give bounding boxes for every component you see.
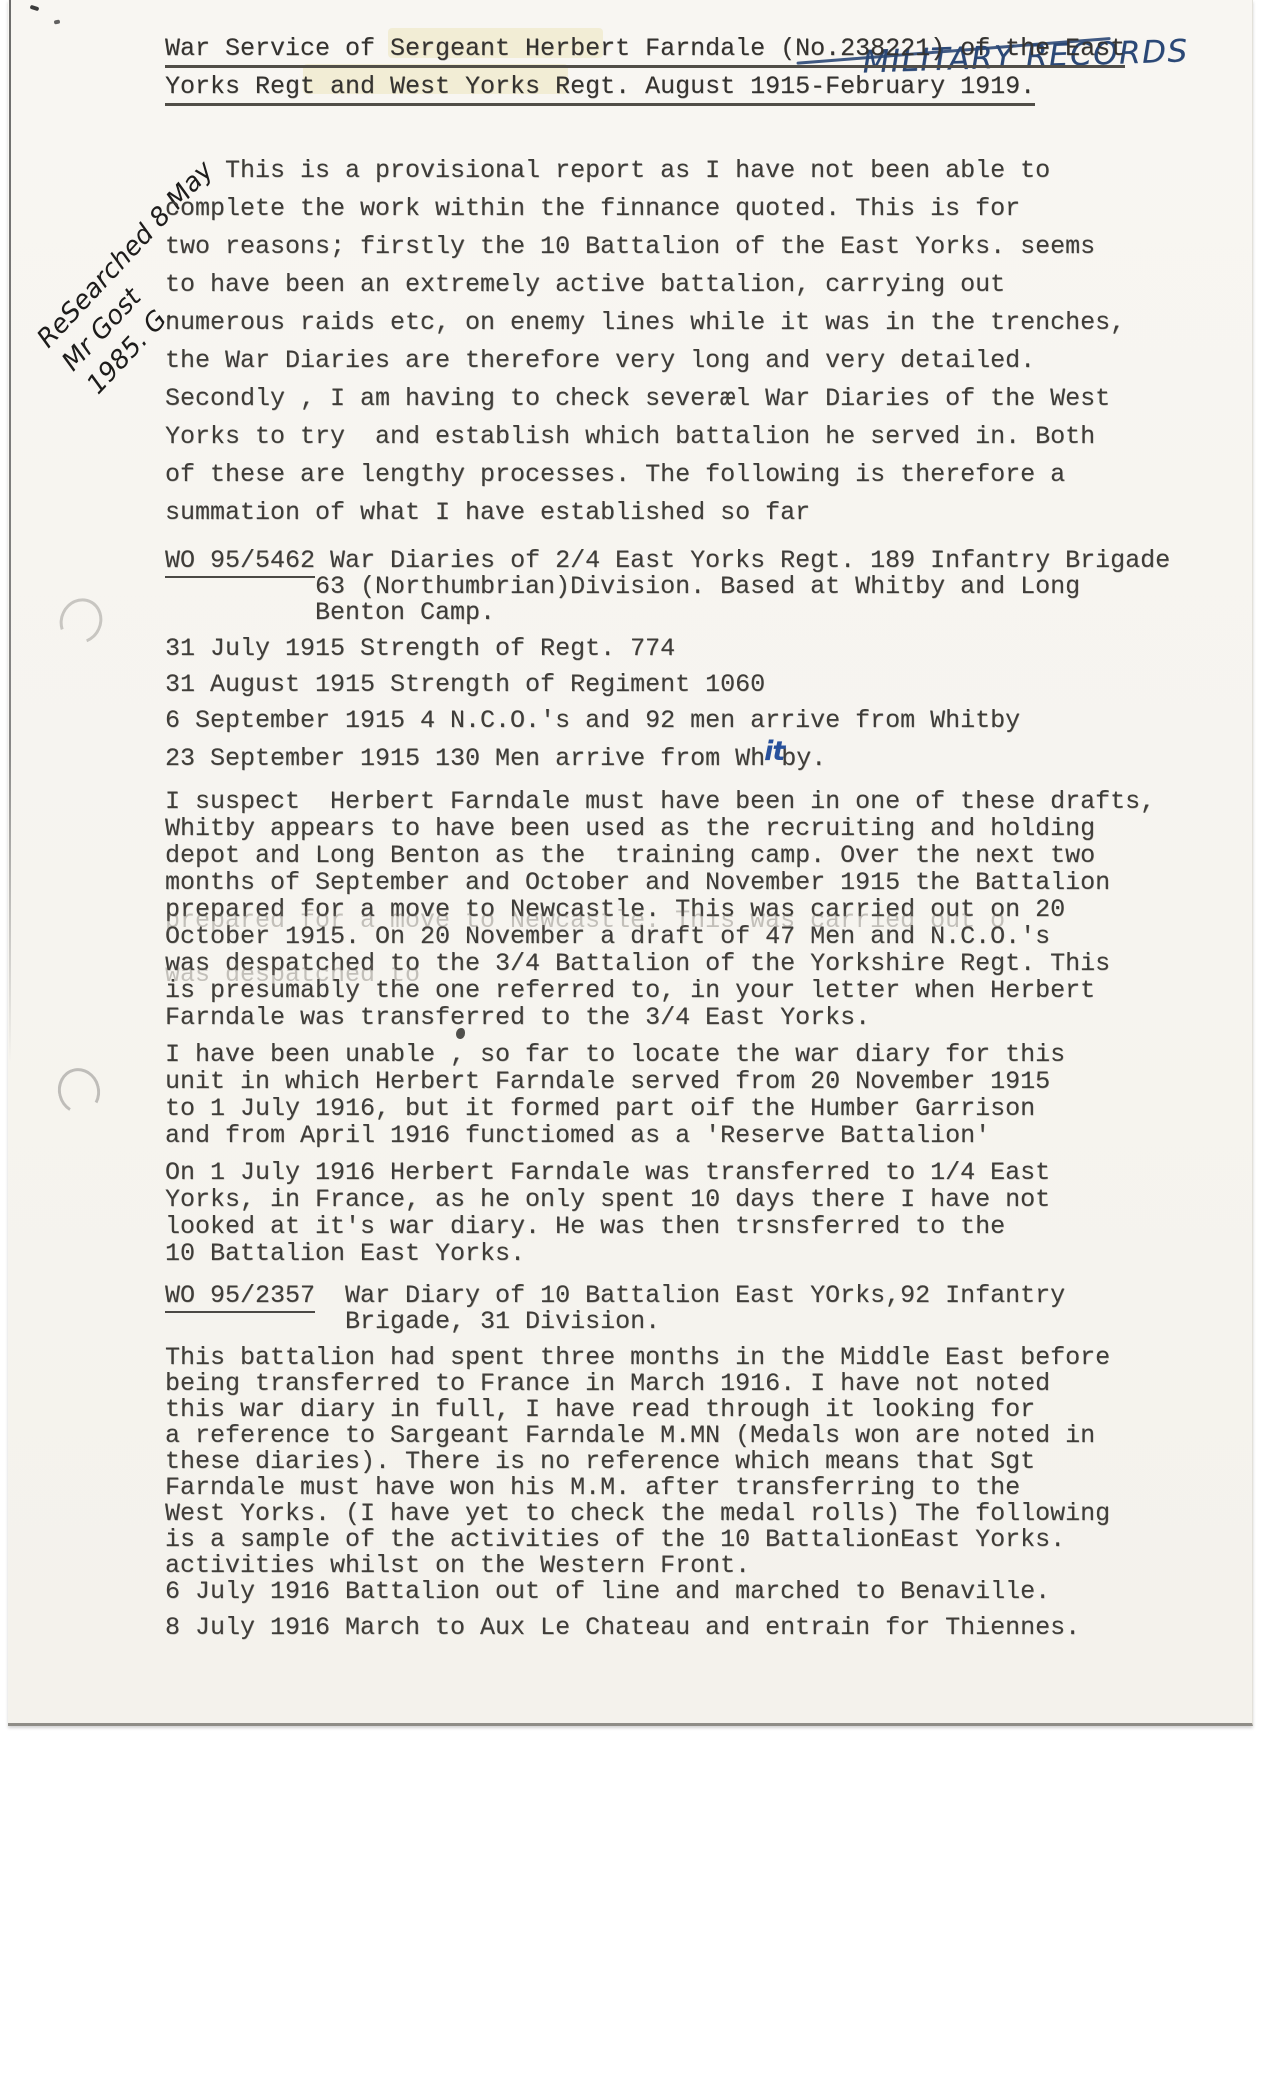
war-office-reference-block: WO 95/5462 War Diaries of 2/4 East Yorks…: [165, 548, 1215, 626]
typed-line: This battalion had spent three months in…: [165, 1345, 1215, 1371]
typed-line: 10 Battalion East Yorks.: [165, 1240, 1215, 1267]
paragraph: On 1 July 1916 Herbert Farndale was tran…: [165, 1159, 1215, 1267]
typed-line: West Yorks. (I have yet to check the med…: [165, 1501, 1215, 1527]
paragraph: I suspect Herbert Farndale must have bee…: [165, 788, 1215, 1031]
typed-text: 23 September 1915 130 Men arrive from Wh: [165, 744, 765, 773]
typed-line: being transferred to France in March 191…: [165, 1371, 1215, 1397]
typed-body: This is a provisional report as I have n…: [165, 152, 1215, 1657]
typed-line: a reference to Sargeant Farndale M.MN (M…: [165, 1423, 1215, 1449]
typed-line: activities whilst on the Western Front.: [165, 1553, 1215, 1579]
scan-speck: [54, 20, 61, 25]
paper-sheet: MILITARY RECORDS ReSearched 8 MayMr Gost…: [8, 0, 1253, 1726]
scan-edge-line: [9, 0, 11, 1062]
typed-line: unit in which Herbert Farndale served fr…: [165, 1068, 1215, 1095]
typed-line: Whitby appears to have been used as the …: [165, 815, 1215, 842]
paragraph: This battalion had spent three months in…: [165, 1345, 1215, 1579]
typed-line: WO 95/2357 War Diary of 10 Battalion Eas…: [165, 1283, 1215, 1309]
typed-line: Farndale was transferred to the 3/4 East…: [165, 1004, 1215, 1031]
typed-line: I have been unable , so far to locate th…: [165, 1041, 1215, 1068]
title-line-1: War Service of Sergeant Herbert Farndale…: [165, 34, 1125, 68]
typed-line: 6 September 1915 4 N.C.O.'s and 92 men a…: [165, 708, 1215, 734]
typed-line: Benton Camp.: [165, 600, 1215, 626]
typed-line: complete the work within the finnance qu…: [165, 190, 1215, 228]
typed-line: two reasons; firstly the 10 Battalion of…: [165, 228, 1215, 266]
title-text: War Service of Sergeant Herbert Farndale…: [165, 35, 1125, 68]
dated-entries: 31 July 1915 Strength of Regt. 77431 Aug…: [165, 636, 1215, 772]
typed-line: depot and Long Benton as the training ca…: [165, 842, 1215, 869]
title-text: Yorks Regt and West Yorks Regt. August 1…: [165, 73, 1035, 106]
typed-line: 8 July 1916 March to Aux Le Chateau and …: [165, 1615, 1215, 1641]
typed-text: War Diary of 10 Battalion East YOrks,92 …: [315, 1281, 1065, 1310]
typed-line: months of September and October and Nove…: [165, 869, 1215, 896]
typed-line: 6 July 1916 Battalion out of line and ma…: [165, 1579, 1215, 1605]
hole-punch-mark: [53, 1063, 105, 1118]
typed-line: to 1 July 1916, but it formed part oif t…: [165, 1095, 1215, 1122]
scan-speck: [30, 5, 40, 12]
typed-line: 23 September 1915 130 Men arrive from Wh…: [165, 744, 1215, 772]
typed-text: by.: [781, 744, 826, 773]
typed-line: Farndale must have won his M.M. after tr…: [165, 1475, 1215, 1501]
typed-line: summation of what I have established so …: [165, 494, 1215, 532]
typed-line: This is a provisional report as I have n…: [165, 152, 1215, 190]
typed-line: is a sample of the activities of the 10 …: [165, 1527, 1215, 1553]
typed-line: these diaries). There is no reference wh…: [165, 1449, 1215, 1475]
typed-line: numerous raids etc, on enemy lines while…: [165, 304, 1215, 342]
typed-line: 31 July 1915 Strength of Regt. 774: [165, 636, 1215, 662]
war-office-reference-block: WO 95/2357 War Diary of 10 Battalion Eas…: [165, 1283, 1215, 1335]
typed-line: and from April 1916 functiomed as a 'Res…: [165, 1122, 1215, 1149]
hole-punch-mark: [52, 591, 110, 650]
typed-line: Yorks, in France, as he only spent 10 da…: [165, 1186, 1215, 1213]
typed-line: On 1 July 1916 Herbert Farndale was tran…: [165, 1159, 1215, 1186]
typed-line: of these are lengthy processes. The foll…: [165, 456, 1215, 494]
typed-line: the War Diaries are therefore very long …: [165, 342, 1215, 380]
handwritten-correction: it: [764, 736, 784, 767]
typed-line: Brigade, 31 Division.: [165, 1309, 1215, 1335]
paragraph: I have been unable , so far to locate th…: [165, 1041, 1215, 1149]
dated-entries: 6 July 1916 Battalion out of line and ma…: [165, 1579, 1215, 1641]
typed-line: to have been an extremely active battali…: [165, 266, 1215, 304]
typed-text: War Diaries of 2/4 East Yorks Regt. 189 …: [315, 546, 1170, 575]
typed-line: 63 (Northumbrian)Division. Based at Whit…: [165, 574, 1215, 600]
document-title: War Service of Sergeant Herbert Farndale…: [165, 34, 1125, 110]
scanned-document-page: MILITARY RECORDS ReSearched 8 MayMr Gost…: [0, 0, 1261, 2076]
typed-line: 31 August 1915 Strength of Regiment 1060: [165, 672, 1215, 698]
typed-line: this war diary in full, I have read thro…: [165, 1397, 1215, 1423]
paragraph: This is a provisional report as I have n…: [165, 152, 1215, 532]
title-line-2: Yorks Regt and West Yorks Regt. August 1…: [165, 72, 1125, 106]
typed-line: Secondly , I am having to check severæl …: [165, 380, 1215, 418]
typed-line: looked at it's war diary. He was then tr…: [165, 1213, 1215, 1240]
typed-line: Yorks to try and establish which battali…: [165, 418, 1215, 456]
typed-line: WO 95/5462 War Diaries of 2/4 East Yorks…: [165, 548, 1215, 574]
typed-line: I suspect Herbert Farndale must have bee…: [165, 788, 1215, 815]
